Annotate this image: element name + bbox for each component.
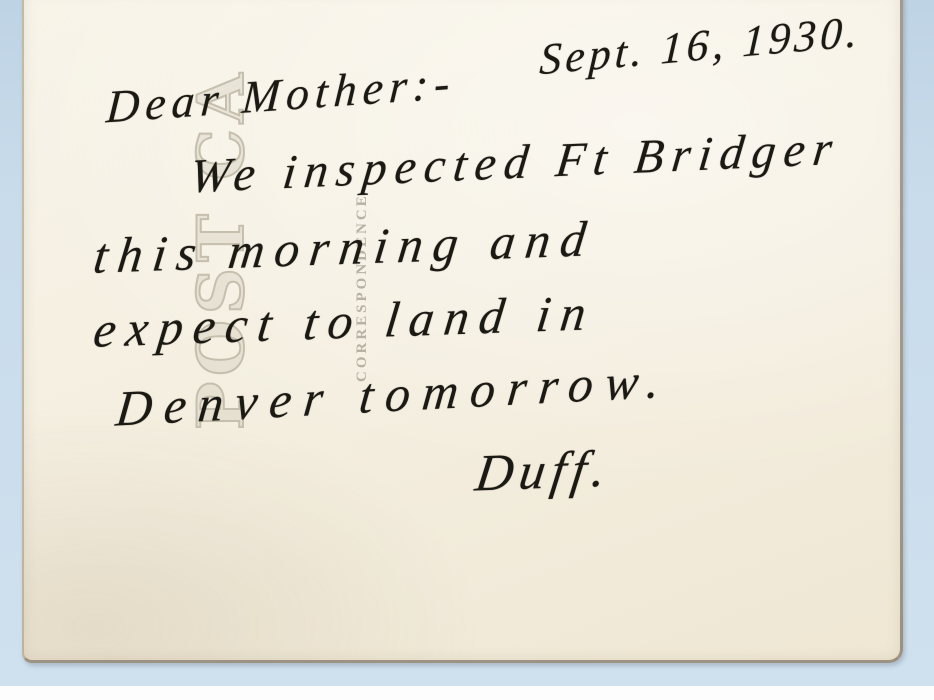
- handwritten-body-line-2: this morning and: [91, 209, 600, 285]
- bottom-white-band: [0, 686, 934, 700]
- handwritten-date: Sept. 16, 1930.: [538, 6, 862, 86]
- handwritten-body-line-3: expect to land in: [91, 283, 600, 359]
- postcard-photo: POST CA CORRESPONDENCE Sept. 16, 1930. D…: [0, 0, 934, 700]
- handwritten-signature: Duff.: [472, 439, 616, 503]
- printed-post-card-text: POST CA: [184, 0, 259, 430]
- handwritten-salutation: Dear Mother:-: [105, 56, 458, 134]
- handwritten-body-line-1: We inspected Ft Bridger: [187, 121, 843, 205]
- postcard-back: POST CA CORRESPONDENCE Sept. 16, 1930. D…: [22, 0, 903, 663]
